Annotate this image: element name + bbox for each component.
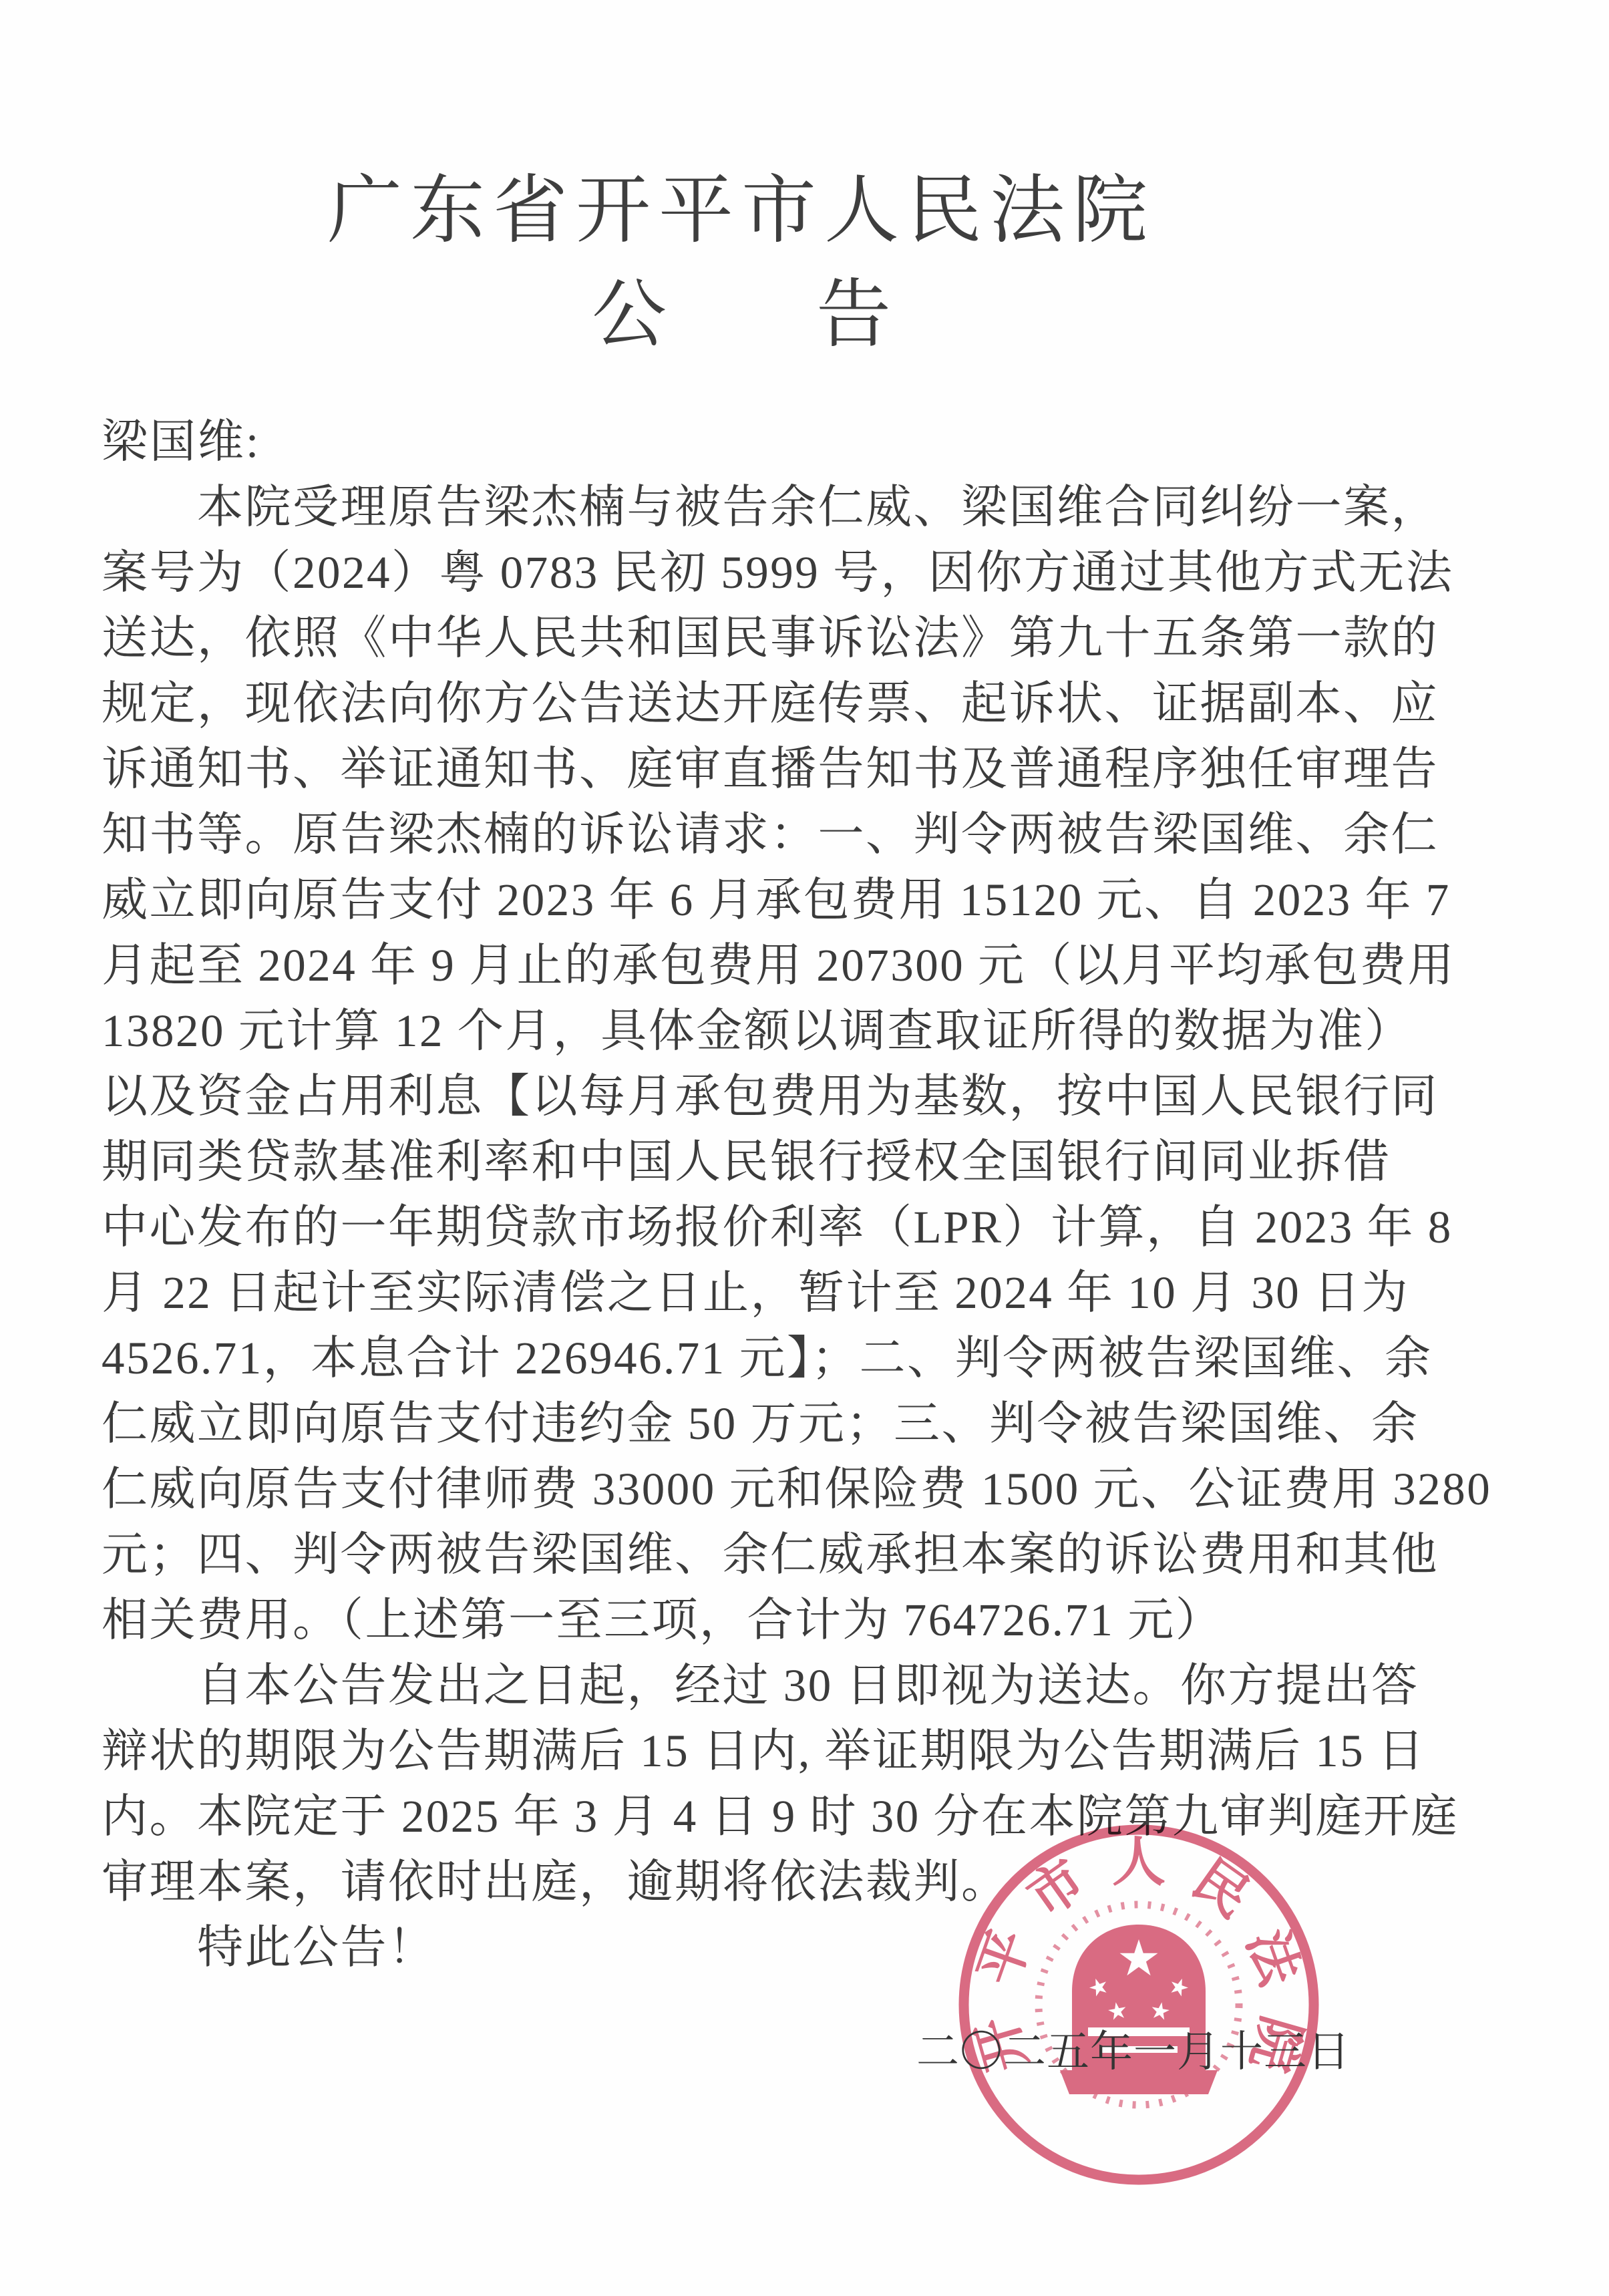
body-line: 相关费用。（上述第一至三项，合计为 764726.71 元） (102, 1587, 1411, 1653)
body-line: 规定，现依法向你方公告送达开庭传票、起诉状、证据副本、应 (102, 671, 1411, 736)
body-line: 辩状的期限为公告期满后 15 日内, 举证期限为公告期满后 15 日 (102, 1718, 1411, 1784)
body-line: 威立即向原告支付 2023 年 6 月承包费用 15120 元、自 2023 年… (102, 867, 1411, 933)
body-line: 送达，依照《中华人民共和国民事诉讼法》第九十五条第一款的 (102, 605, 1411, 671)
official-seal: 开平市人民法院 (947, 1813, 1330, 2196)
body-line: 以及资金占用利息【以每月承包费用为基数，按中国人民银行同 (102, 1063, 1411, 1129)
body-line: 期同类贷款基准利率和中国人民银行授权全国银行间同业拆借 (102, 1129, 1411, 1194)
body-line: 自本公告发出之日起，经过 30 日即视为送达。你方提出答 (102, 1653, 1411, 1718)
body-line: 13820 元计算 12 个月，具体金额以调查取证所得的数据为准） (102, 998, 1411, 1063)
notice-title: 公 告 (102, 273, 1381, 359)
body-lines: 本院受理原告梁杰楠与被告余仁威、梁国维合同纠纷一案，案号为（2024）粤 078… (102, 474, 1411, 1980)
body-line: 4526.71，本息合计 226946.71 元】；二、判令两被告梁国维、余 (102, 1325, 1411, 1391)
date-line: 二〇二五年一月十三日 (916, 2027, 1351, 2078)
body-line: 中心发布的一年期贷款市场报价利率（LPR）计算，自 2023 年 8 (102, 1194, 1411, 1260)
addressee: 梁国维: (102, 409, 1411, 474)
body-line: 月 22 日起计至实际清偿之日止，暂计至 2024 年 10 月 30 日为 (102, 1260, 1411, 1325)
body-line: 仁威向原告支付律师费 33000 元和保险费 1500 元、公证费用 3280 (102, 1456, 1411, 1522)
body-line: 元；四、判令两被告梁国维、余仁威承担本案的诉讼费用和其他 (102, 1522, 1411, 1587)
notice-page: 广东省开平市人民法院 公 告 梁国维: 本院受理原告梁杰楠与被告余仁威、梁国维合… (0, 0, 1609, 2296)
notice-body: 梁国维: 本院受理原告梁杰楠与被告余仁威、梁国维合同纠纷一案，案号为（2024）… (102, 409, 1411, 1980)
body-line: 知书等。原告梁杰楠的诉讼请求：一、判令两被告梁国维、余仁 (102, 802, 1411, 867)
court-title: 广东省开平市人民法院 (102, 168, 1381, 255)
body-line: 诉通知书、举证通知书、庭审直播告知书及普通程序独任审理告 (102, 736, 1411, 802)
body-line: 案号为（2024）粤 0783 民初 5999 号，因你方通过其他方式无法 (102, 540, 1411, 605)
body-line: 仁威立即向原告支付违约金 50 万元；三、判令被告梁国维、余 (102, 1391, 1411, 1456)
body-line: 月起至 2024 年 9 月止的承包费用 207300 元（以月平均承包费用 (102, 933, 1411, 998)
seal-ring-char: 人 (1112, 1834, 1166, 1893)
body-line: 本院受理原告梁杰楠与被告余仁威、梁国维合同纠纷一案， (102, 474, 1411, 540)
